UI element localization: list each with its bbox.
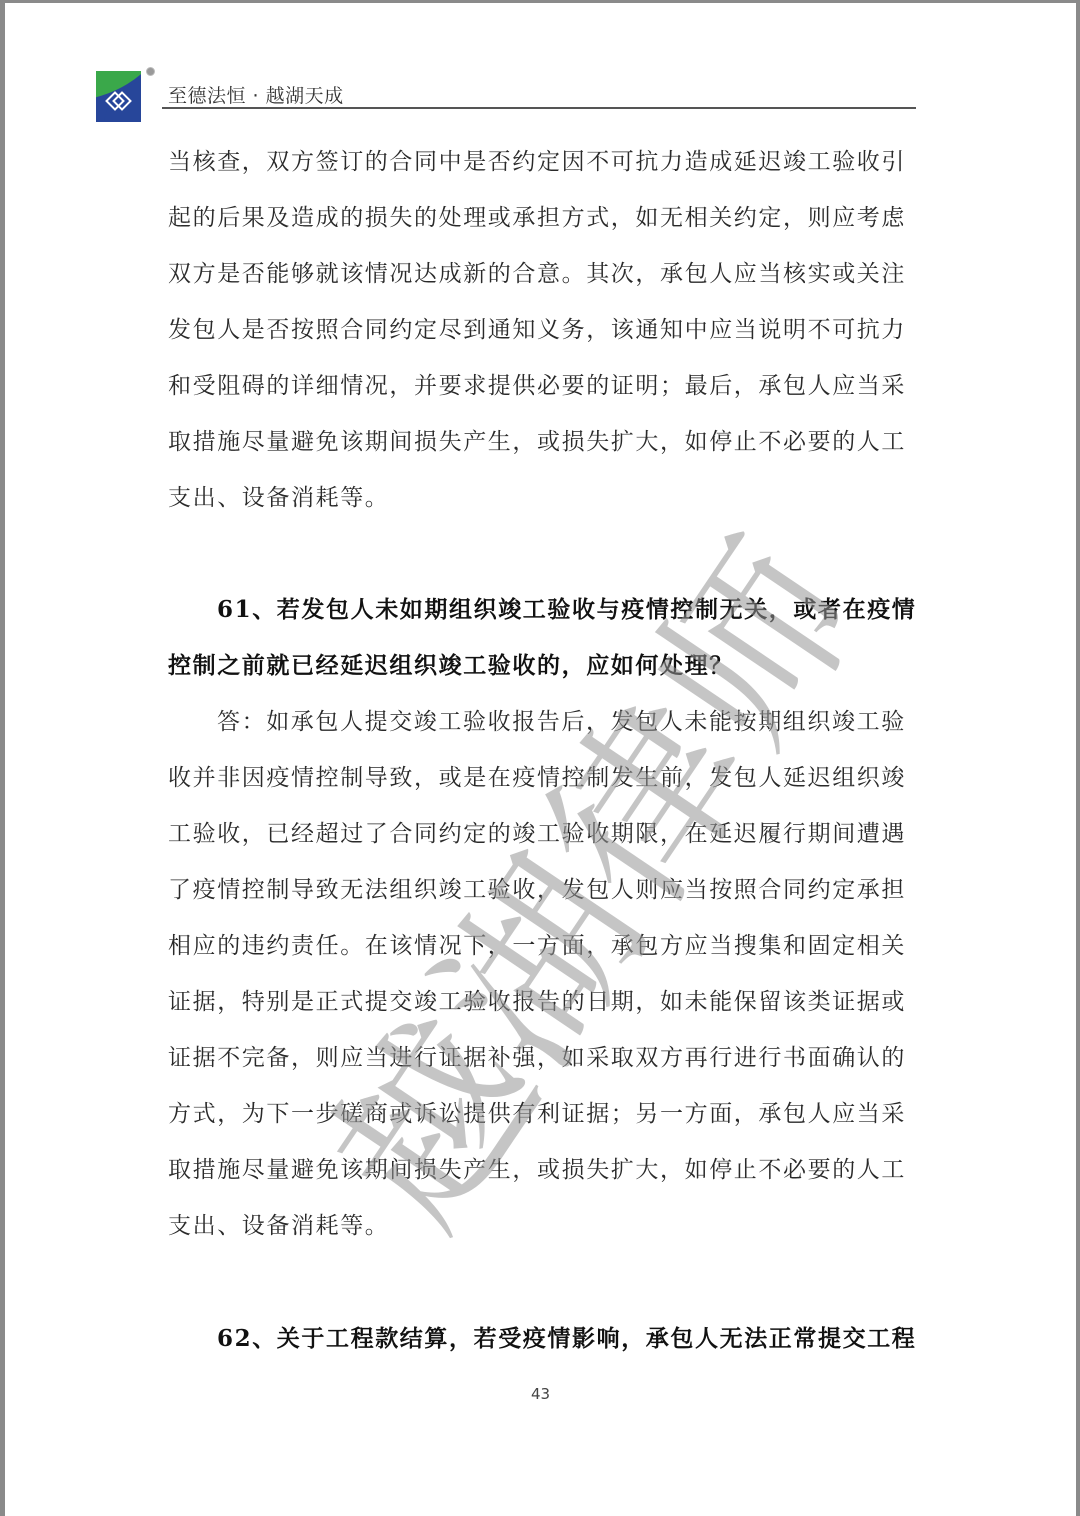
answer-line: 收并非因疫情控制导致，或是在疫情控制发生前，发包人延迟组织竣: [168, 763, 928, 793]
header-title: 至德法恒 · 越湖天成: [168, 81, 344, 108]
question-62-heading: 62、关于工程款结算，若受疫情影响，承包人无法正常提交工程: [217, 1324, 977, 1354]
paragraph-line: 发包人是否按照合同约定尽到通知义务，该通知中应当说明不可抗力: [168, 315, 928, 345]
answer-line: 证据，特别是正式提交竣工验收报告的日期，如未能保留该类证据或: [168, 987, 928, 1017]
answer-line: 证据不完备，则应当进行证据补强，如采取双方再行进行书面确认的: [168, 1043, 928, 1073]
question-61-heading: 61、若发包人未如期组织竣工验收与疫情控制无关，或者在疫情: [217, 595, 977, 625]
paragraph-line: 支出、设备消耗等。: [168, 483, 928, 513]
firm-logo-icon: [96, 71, 141, 122]
answer-line: 工验收，已经超过了合同约定的竣工验收期限，在延迟履行期间遭遇: [168, 819, 928, 849]
answer-line: 支出、设备消耗等。: [168, 1211, 928, 1241]
paragraph-line: 取措施尽量避免该期间损失产生，或损失扩大，如停止不必要的人工: [168, 427, 928, 457]
paragraph-line: 双方是否能够就该情况达成新的合意。其次，承包人应当核实或关注: [168, 259, 928, 289]
header-divider: [162, 107, 916, 109]
answer-line: 答：如承包人提交竣工验收报告后，发包人未能按期组织竣工验: [217, 707, 977, 737]
question-61-heading: 控制之前就已经延迟组织竣工验收的，应如何处理？: [168, 651, 928, 681]
answer-line: 相应的违约责任。在该情况下，一方面，承包方应当搜集和固定相关: [168, 931, 928, 961]
answer-line: 方式，为下一步磋商或诉讼提供有利证据；另一方面，承包人应当采: [168, 1099, 928, 1129]
paragraph-line: 起的后果及造成的损失的处理或承担方式，如无相关约定，则应考虑: [168, 203, 928, 233]
registered-mark-icon: [146, 67, 155, 76]
page-number: 43: [5, 1385, 1076, 1403]
answer-line: 取措施尽量避免该期间损失产生，或损失扩大，如停止不必要的人工: [168, 1155, 928, 1185]
document-page: 至德法恒 · 越湖天成 当核查，双方签订的合同中是否约定因不可抗力造成延迟竣工验…: [5, 3, 1076, 1516]
answer-line: 了疫情控制导致无法组织竣工验收，发包人则应当按照合同约定承担: [168, 875, 928, 905]
paragraph-line: 当核查，双方签订的合同中是否约定因不可抗力造成延迟竣工验收引: [168, 147, 928, 177]
paragraph-line: 和受阻碍的详细情况，并要求提供必要的证明；最后，承包人应当采: [168, 371, 928, 401]
